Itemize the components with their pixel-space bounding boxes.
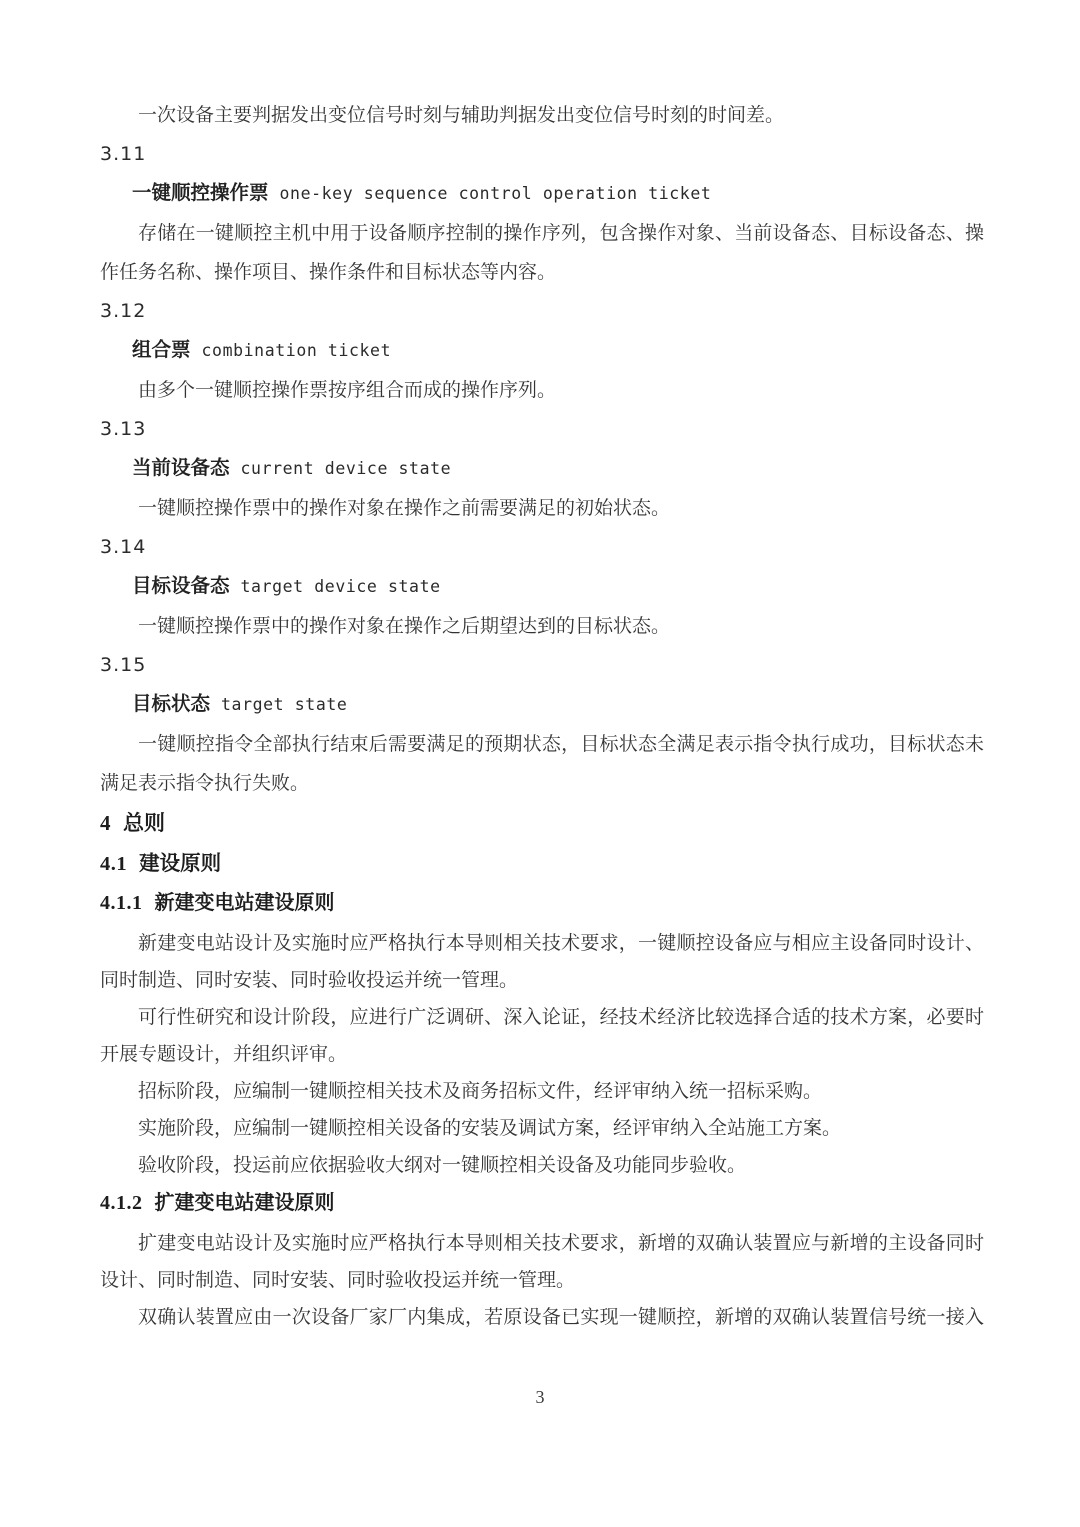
body-paragraph: 实施阶段，应编制一键顺控相关设备的安装及调试方案，经评审纳入全站施工方案。 xyxy=(100,1110,984,1147)
term-clause-3-12: 3.12 组合票combination ticket 由多个一键顺控操作票按序组… xyxy=(100,292,984,410)
body-paragraph: 验收阶段，投运前应依据验收大纲对一键顺控相关设备及功能同步验收。 xyxy=(100,1147,984,1184)
section-heading-4-1: 4.1建设原则 xyxy=(100,844,984,884)
page-content: 一次设备主要判据发出变位信号时刻与辅助判据发出变位信号时刻的时间差。 3.11 … xyxy=(100,96,984,1336)
term-clause-3-13: 3.13 当前设备态current device state 一键顺控操作票中的… xyxy=(100,410,984,528)
subsection-heading-4-1-2: 4.1.2扩建变电站建设原则 xyxy=(100,1184,984,1222)
term-zh: 目标设备态 xyxy=(132,575,230,597)
subsection-title: 扩建变电站建设原则 xyxy=(155,1192,335,1214)
definition-paragraph: 一键顺控指令全部执行结束后需要满足的预期状态，目标状态全满足表示指令执行成功，目… xyxy=(100,725,984,803)
term-en: target state xyxy=(221,695,347,714)
term-zh: 目标状态 xyxy=(132,693,210,715)
document-page: 一次设备主要判据发出变位信号时刻与辅助判据发出变位信号时刻的时间差。 3.11 … xyxy=(0,0,1080,1527)
clause-number: 3.15 xyxy=(100,646,984,685)
subsection-heading-4-1-1: 4.1.1新建变电站建设原则 xyxy=(100,884,984,922)
term-en: current device state xyxy=(241,459,452,478)
body-paragraph-continued: 双确认装置应由一次设备厂家厂内集成，若原设备已实现一键顺控，新增的双确认装置信号… xyxy=(100,1299,984,1336)
term-en: target device state xyxy=(241,577,441,596)
page-number: 3 xyxy=(536,1387,545,1407)
body-paragraph: 新建变电站设计及实施时应严格执行本导则相关技术要求，一键顺控设备应与相应主设备同… xyxy=(100,925,984,999)
definition-paragraph: 由多个一键顺控操作票按序组合而成的操作序列。 xyxy=(100,371,984,410)
section-title: 建设原则 xyxy=(139,852,221,875)
page-footer: 3 xyxy=(0,1384,1080,1410)
body-paragraph: 扩建变电站设计及实施时应严格执行本导则相关技术要求，新增的双确认装置应与新增的主… xyxy=(100,1225,984,1299)
clause-number: 3.12 xyxy=(100,292,984,331)
term-zh: 一键顺控操作票 xyxy=(132,182,269,204)
subsection-number: 4.1.2 xyxy=(100,1192,143,1214)
term-clause-3-15: 3.15 目标状态target state 一键顺控指令全部执行结束后需要满足的… xyxy=(100,646,984,803)
chapter-heading: 4总则 xyxy=(100,803,984,844)
definition-paragraph: 一次设备主要判据发出变位信号时刻与辅助判据发出变位信号时刻的时间差。 xyxy=(100,96,984,135)
definition-paragraph: 存储在一键顺控主机中用于设备顺序控制的操作序列，包含操作对象、当前设备态、目标设… xyxy=(100,214,984,292)
definition-paragraph: 一键顺控操作票中的操作对象在操作之后期望达到的目标状态。 xyxy=(100,607,984,646)
chapter-number: 4 xyxy=(100,811,111,835)
term-en: combination ticket xyxy=(202,341,392,360)
term-clause-3-14: 3.14 目标设备态target device state 一键顺控操作票中的操… xyxy=(100,528,984,646)
term-heading: 目标设备态target device state xyxy=(100,567,984,607)
body-paragraph: 招标阶段，应编制一键顺控相关技术及商务招标文件，经评审纳入统一招标采购。 xyxy=(100,1073,984,1110)
chapter-title: 总则 xyxy=(123,812,165,835)
term-heading: 一键顺控操作票one-key sequence control operatio… xyxy=(100,174,984,214)
term-zh: 当前设备态 xyxy=(132,457,230,479)
clause-number: 3.13 xyxy=(100,410,984,449)
body-paragraph: 可行性研究和设计阶段，应进行广泛调研、深入论证，经技术经济比较选择合适的技术方案… xyxy=(100,999,984,1073)
term-heading: 当前设备态current device state xyxy=(100,449,984,489)
subsection-title: 新建变电站建设原则 xyxy=(155,892,335,914)
term-heading: 组合票combination ticket xyxy=(100,331,984,371)
clause-number: 3.11 xyxy=(100,135,984,174)
term-en: one-key sequence control operation ticke… xyxy=(280,184,712,203)
term-zh: 组合票 xyxy=(132,339,191,361)
term-heading: 目标状态target state xyxy=(100,685,984,725)
subsection-number: 4.1.1 xyxy=(100,892,143,914)
clause-number: 3.14 xyxy=(100,528,984,567)
term-clause-3-11: 3.11 一键顺控操作票one-key sequence control ope… xyxy=(100,135,984,292)
definition-paragraph: 一键顺控操作票中的操作对象在操作之前需要满足的初始状态。 xyxy=(100,489,984,528)
section-number: 4.1 xyxy=(100,853,127,875)
chapter-4: 4总则 4.1建设原则 4.1.1新建变电站建设原则 新建变电站设计及实施时应严… xyxy=(100,803,984,1336)
